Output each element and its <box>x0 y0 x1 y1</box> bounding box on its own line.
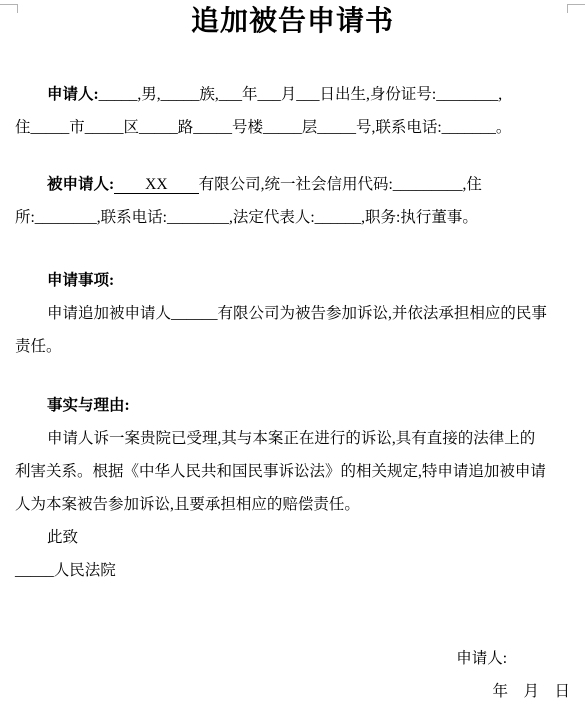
document-line: 住_____市_____区_____路_____号楼_____层_____号,联… <box>15 111 570 144</box>
text-run: 所:________,联系电话:________,法定代表人:______,职务… <box>15 209 478 226</box>
document-line: _____人民法院 <box>15 554 570 587</box>
margin-mark-top-right-horizontal <box>567 4 585 5</box>
paragraph-container: 申请人:_____,男,_____族,___年___月___日出生,身份证号:_… <box>15 78 570 587</box>
text-run: 申请人诉一案贵院已受理,其与本案正在进行的诉讼,具有直接的法律上的 <box>47 430 535 447</box>
margin-mark-top-right-vertical <box>567 4 568 13</box>
document-line: 利害关系。根据《中华人民共和国民事诉讼法》的相关规定,特申请追加被申请 <box>15 455 570 488</box>
text-run: 住_____市_____区_____路_____号楼_____层_____号,联… <box>15 119 511 136</box>
text-run: 人为本案被告参加诉讼,且要承担相应的赔偿责任。 <box>15 496 360 513</box>
document-line: 所:________,联系电话:________,法定代表人:______,职务… <box>15 201 570 234</box>
text-run: _____,男,_____族,___年___月___日出生,身份证号:_____… <box>99 86 502 103</box>
paragraph-closing: 此致_____人民法院 <box>15 521 570 587</box>
text-run: 此致 <box>47 529 78 546</box>
document-page: 追加被告申请书 申请人:_____,男,_____族,___年___月___日出… <box>0 0 585 715</box>
text-run: _____人民法院 <box>15 562 116 579</box>
bold-label: 被申请人: <box>47 176 114 193</box>
paragraph-applicant-info: 申请人:_____,男,_____族,___年___月___日出生,身份证号:_… <box>15 78 570 144</box>
document-line: 申请人:_____,男,_____族,___年___月___日出生,身份证号:_… <box>15 78 570 111</box>
document-line: 申请事项: <box>15 264 570 297</box>
text-run: 有限公司,统一社会信用代码:_________,住 <box>199 176 482 193</box>
text-run: 责任。 <box>15 338 62 355</box>
document-title: 追加被告申请书 <box>15 2 570 42</box>
text-run: 利害关系。根据《中华人民共和国民事诉讼法》的相关规定,特申请追加被申请 <box>15 463 546 480</box>
bold-label: 申请人: <box>47 86 99 103</box>
bold-label: 申请事项: <box>47 272 114 289</box>
paragraph-respondent-info: 被申请人: XX 有限公司,统一社会信用代码:_________,住所:____… <box>15 168 570 234</box>
signature-block: 申请人: 年 月 日 <box>15 642 570 708</box>
document-line: 被申请人: XX 有限公司,统一社会信用代码:_________,住 <box>15 168 570 201</box>
text-run: 申请追加被申请人______有限公司为被告参加诉讼,并依法承担相应的民事 <box>47 305 547 322</box>
document-line: 申请追加被申请人______有限公司为被告参加诉讼,并依法承担相应的民事 <box>15 297 570 330</box>
paragraph-facts-and-reasons: 事实与理由:申请人诉一案贵院已受理,其与本案正在进行的诉讼,具有直接的法律上的利… <box>15 389 570 521</box>
document-line: 人为本案被告参加诉讼,且要承担相应的赔偿责任。 <box>15 488 570 521</box>
document-line: 责任。 <box>15 330 570 363</box>
document-body: 追加被告申请书 申请人:_____,男,_____族,___年___月___日出… <box>0 2 585 708</box>
signature-date: 年 月 日 <box>15 675 570 708</box>
document-line: 申请人诉一案贵院已受理,其与本案正在进行的诉讼,具有直接的法律上的 <box>15 422 570 455</box>
paragraph-request-items: 申请事项:申请追加被申请人______有限公司为被告参加诉讼,并依法承担相应的民… <box>15 264 570 363</box>
signature-label: 申请人: <box>15 642 570 675</box>
document-line: 事实与理由: <box>15 389 570 422</box>
document-line: 此致 <box>15 521 570 554</box>
margin-mark-top-left-vertical <box>17 4 18 13</box>
bold-label: 事实与理由: <box>47 397 130 414</box>
fill-in-blank: XX <box>114 176 198 194</box>
margin-mark-top-left-horizontal <box>0 4 18 5</box>
